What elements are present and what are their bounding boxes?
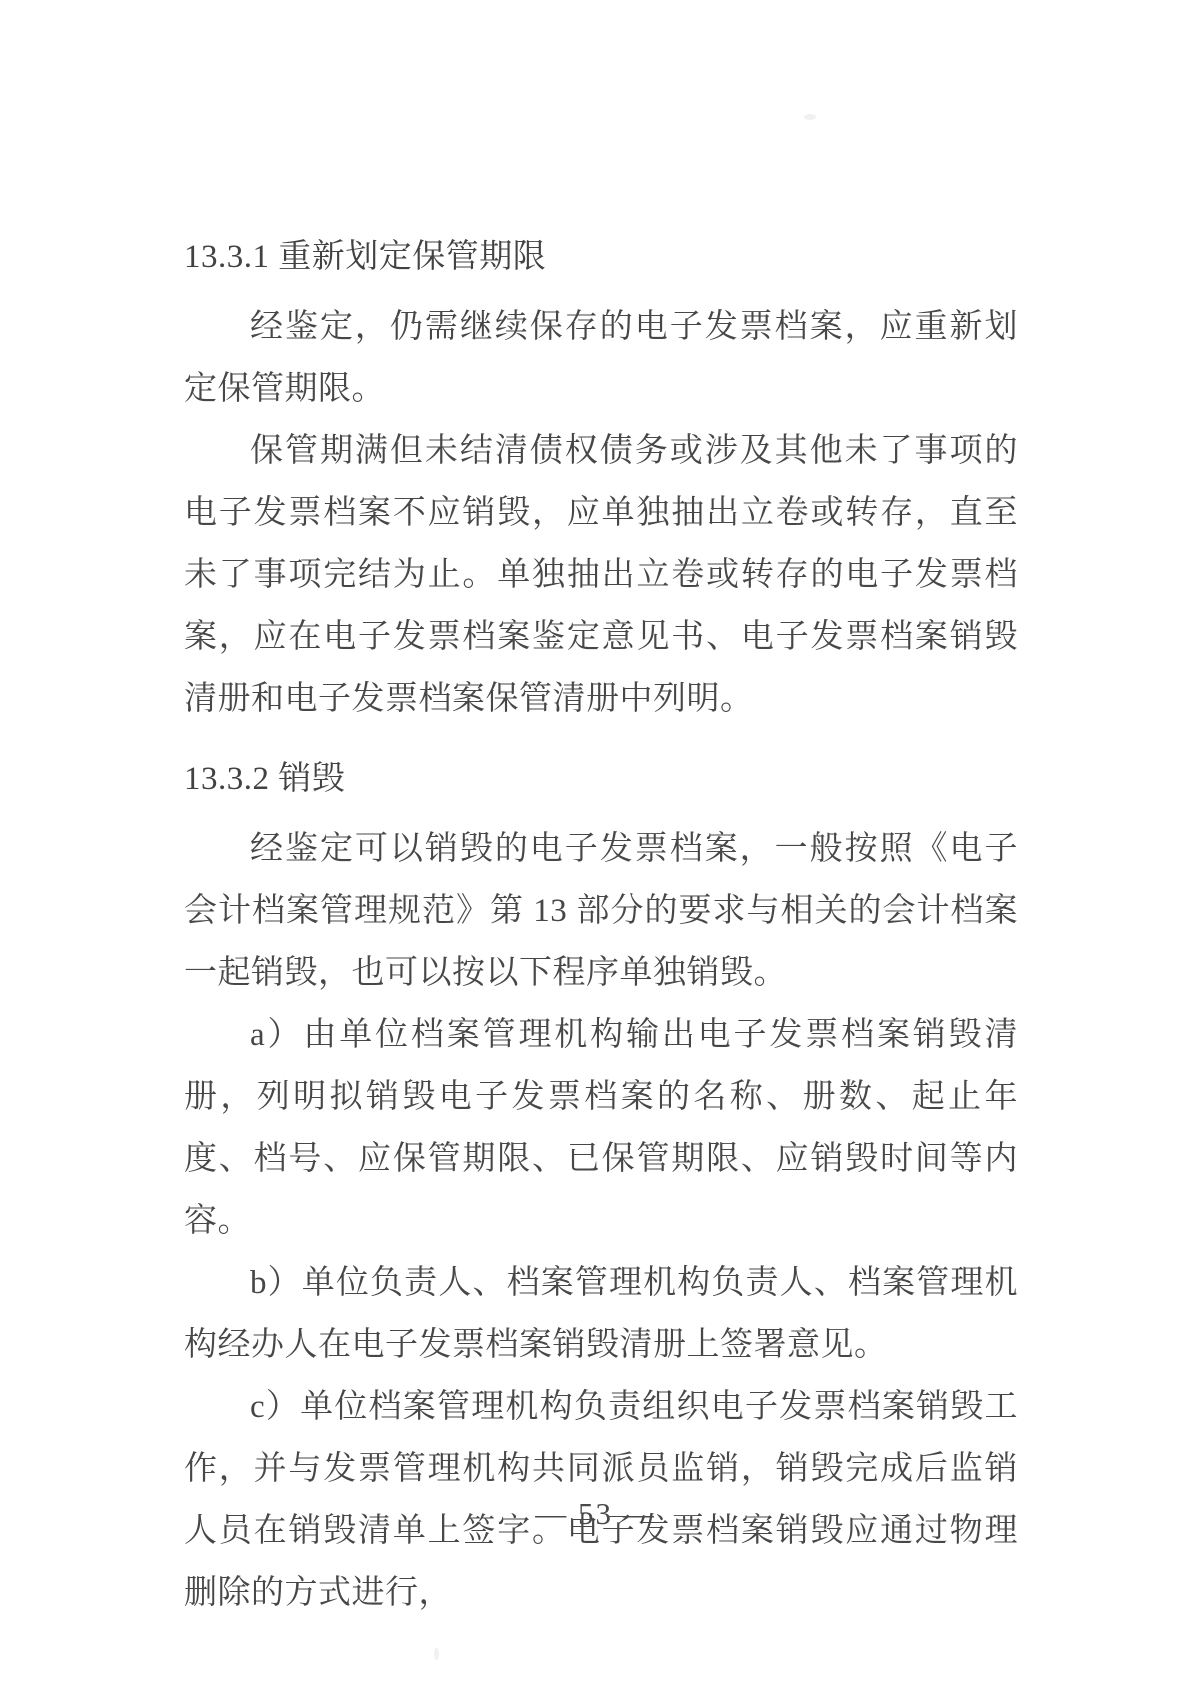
paragraph-item-b: b）单位负责人、档案管理机构负责人、档案管理机构经办人在电子发票档案销毁清册上签… bbox=[184, 1252, 1018, 1376]
scan-artifact bbox=[434, 1648, 439, 1660]
paragraph-item-a: a）由单位档案管理机构输出电子发票档案销毁清册，列明拟销毁电子发票档案的名称、册… bbox=[184, 1004, 1018, 1252]
document-page: 13.3.1 重新划定保管期限 经鉴定，仍需继续保存的电子发票档案，应重新划定保… bbox=[0, 0, 1191, 1684]
document-content: 13.3.1 重新划定保管期限 经鉴定，仍需继续保存的电子发票档案，应重新划定保… bbox=[184, 226, 1018, 1624]
paragraph-retention-redefine: 经鉴定，仍需继续保存的电子发票档案，应重新划定保管期限。 bbox=[184, 296, 1018, 420]
paragraph-destruction-intro: 经鉴定可以销毁的电子发票档案，一般按照《电子会计档案管理规范》第 13 部分的要… bbox=[184, 818, 1018, 1004]
paragraph-unsettled-items: 保管期满但未结清债权债务或涉及其他未了事项的电子发票档案不应销毁，应单独抽出立卷… bbox=[184, 420, 1018, 730]
page-number: — 53 — bbox=[0, 1494, 1191, 1534]
section-heading-13-3-1: 13.3.1 重新划定保管期限 bbox=[184, 226, 1018, 288]
section-heading-13-3-2: 13.3.2 销毁 bbox=[184, 748, 1018, 810]
scan-artifact bbox=[804, 114, 816, 120]
